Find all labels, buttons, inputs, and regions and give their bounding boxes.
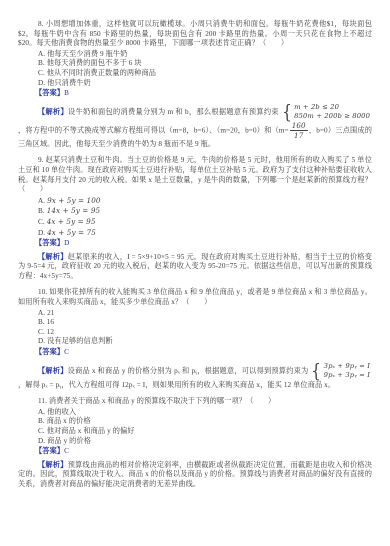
analysis-text-post: ，解得 pₓ = pᵧ，代入方程组可得 12pₓ = I，则如果用所有的收入来购… xyxy=(18,381,335,389)
question-9-answer-line: 【答案】D xyxy=(18,239,372,249)
question-11: 11. 消费者关于商品 x 和商品 y 的预算线不取决于下列的哪一项？（ ） A… xyxy=(18,397,372,489)
question-10-option-d: D. 没有足够的信息判断 xyxy=(18,337,372,347)
option-label: D. xyxy=(38,229,45,237)
answer-label: 【答案】 xyxy=(35,447,64,455)
option-equation: 4x + 5y = 95 xyxy=(47,217,96,226)
analysis-label: 【解析】 xyxy=(38,108,68,116)
question-8-stem: 8. 小周想增加体重，这样他就可以玩橄榄球。小周只消费牛奶和面包。每瓶牛奶花费他… xyxy=(18,20,372,49)
option-text: 没有足够的信息判断 xyxy=(47,337,113,345)
question-10-analysis: 【解析】设商品 x 和商品 y 的价格分别为 pₓ 和 pᵧ，根据题意，可以得到… xyxy=(18,362,372,391)
question-10: 10. 如果你花掉所有的收入能购买 3 单位商品 x 和 9 单位商品 y，或者… xyxy=(18,288,372,390)
equation-1: 3pₓ + 9pᵧ = I xyxy=(324,362,370,371)
equation-2: 850m + 200b ≥ 8000 xyxy=(294,112,370,121)
question-9-analysis: 【解析】赵某原来的收入，I = 5×9+10×5 = 95 元。现在政府对购买土… xyxy=(18,253,372,282)
analysis-text: 赵某原来的收入，I = 5×9+10×5 = 95 元。现在政府对购买土豆进行补… xyxy=(18,253,372,280)
answer-value: C xyxy=(64,447,69,455)
option-label: A. xyxy=(38,408,45,416)
fraction-numerator: 160 xyxy=(290,122,308,132)
analysis-text-pre: 设商品 x 和商品 y 的价格分别为 pₓ 和 pᵧ，根据题意，可以得到预算约束… xyxy=(68,367,309,375)
question-9-stem: 9. 赵某只消费土豆和牛肉。当土豆的价格是 9 元，牛肉的价格是 5 元时，他用… xyxy=(18,156,372,194)
option-label: B. xyxy=(38,207,45,215)
question-10-stem: 10. 如果你花掉所有的收入能购买 3 单位商品 x 和 9 单位商品 y，或者… xyxy=(18,288,372,307)
option-text: 他的收入 xyxy=(47,408,76,416)
analysis-label: 【解析】 xyxy=(38,253,68,261)
equation-system: {3pₓ + 9pᵧ = I9pₓ + 3pᵧ = I xyxy=(310,362,370,381)
option-label: B. xyxy=(38,59,45,67)
question-9-option-c: C. 4x + 5y = 95 xyxy=(18,217,372,228)
analysis-label: 【解析】 xyxy=(38,367,68,375)
option-text: 12 xyxy=(47,328,54,336)
answer-label: 【答案】 xyxy=(35,348,64,356)
option-label: C. xyxy=(38,218,45,226)
answer-value: D xyxy=(64,239,69,247)
document-page: 8. 小周想增加体重，这样他就可以玩橄榄球。小周只消费牛奶和面包。每瓶牛奶花费他… xyxy=(0,0,390,546)
answer-value: C xyxy=(64,348,69,356)
option-text: 他从不同时消费正数量的两种商品 xyxy=(47,69,156,77)
answer-label: 【答案】 xyxy=(35,239,64,247)
option-text: 商品 x 的价格 xyxy=(47,417,91,425)
option-text: 他对商品 x 和商品 y 的偏好 xyxy=(47,427,135,435)
analysis-text-mid: ，将方程中的不等式换成等式解方程组可得以（m=8，b=6）、（m=20，b=0）… xyxy=(18,126,289,134)
question-11-analysis: 【解析】预算线由商品的相对价格决定斜率，由横截距或者纵截距决定位置，而截距是由收… xyxy=(18,461,372,490)
equation-2: 9pₓ + 3pᵧ = I xyxy=(324,371,370,380)
question-11-answer-line: 【答案】C xyxy=(18,447,372,457)
option-label: A. xyxy=(38,50,45,58)
option-label: D. xyxy=(38,337,45,345)
option-text: 商品 y 的价格 xyxy=(47,437,91,445)
question-8-option-b: B. 他每天消费的面包不多于 6 块 xyxy=(18,59,372,69)
option-label: D. xyxy=(38,79,45,87)
equation-1: m + 2b ≤ 20 xyxy=(294,103,370,112)
question-9: 9. 赵某只消费土豆和牛肉。当土豆的价格是 9 元，牛肉的价格是 5 元时，他用… xyxy=(18,156,372,281)
question-11-stem: 11. 消费者关于商品 x 和商品 y 的预算线不取决于下列的哪一项？（ ） xyxy=(18,397,372,407)
analysis-label: 【解析】 xyxy=(38,461,68,469)
question-8: 8. 小周想增加体重，这样他就可以玩橄榄球。小周只消费牛奶和面包。每瓶牛奶花费他… xyxy=(18,20,372,149)
answer-value: B xyxy=(64,89,69,97)
left-brace-symbol: { xyxy=(282,103,292,122)
question-10-answer-line: 【答案】C xyxy=(18,348,372,358)
question-8-analysis: 【解析】设牛奶和面包的消费量分别为 m 和 b，那么根据题意有预算约束{m + … xyxy=(18,103,372,150)
option-label: C. xyxy=(38,328,45,336)
question-8-option-a: A. 他每天至少消费 9 瓶牛奶 xyxy=(18,50,372,60)
option-label: B. xyxy=(38,417,45,425)
fraction-denominator: 17 xyxy=(290,131,308,140)
question-9-option-d: D. 4x + 5y = 75 xyxy=(18,228,372,239)
option-label: C. xyxy=(38,427,45,435)
option-label: A. xyxy=(38,309,45,317)
question-10-option-c: C. 12 xyxy=(18,328,372,338)
system-equations: m + 2b ≤ 20850m + 200b ≥ 8000 xyxy=(294,103,370,121)
question-11-option-a: A. 他的收入 xyxy=(18,408,372,418)
equation-system: {m + 2b ≤ 20850m + 200b ≥ 8000 xyxy=(281,103,370,122)
question-8-option-d: D. 他只消费牛奶 xyxy=(18,79,372,89)
option-text: 他只消费牛奶 xyxy=(47,79,91,87)
option-label: A. xyxy=(38,197,45,205)
option-text: 21 xyxy=(47,309,54,317)
system-equations: 3pₓ + 9pᵧ = I9pₓ + 3pᵧ = I xyxy=(324,362,370,380)
question-11-option-b: B. 商品 x 的价格 xyxy=(18,417,372,427)
question-10-option-a: A. 21 xyxy=(18,309,372,319)
option-equation: 4x + 5y = 75 xyxy=(47,228,96,237)
analysis-text: 预算线由商品的相对价格决定斜率，由横截距或者纵截距决定位置，而截距是由收入和价格… xyxy=(18,461,372,488)
analysis-text-pre: 设牛奶和面包的消费量分别为 m 和 b，那么根据题意有预算约束 xyxy=(68,108,279,116)
left-brace-symbol: { xyxy=(312,362,322,381)
question-9-option-b: B. 14x + 5y = 95 xyxy=(18,206,372,217)
question-8-answer-line: 【答案】B xyxy=(18,89,372,99)
question-11-option-d: D. 商品 y 的价格 xyxy=(18,437,372,447)
option-label: D. xyxy=(38,437,45,445)
option-text: 他每天至少消费 9 瓶牛奶 xyxy=(47,50,127,58)
question-8-option-c: C. 他从不同时消费正数量的两种商品 xyxy=(18,69,372,79)
option-text: 他每天消费的面包不多于 6 块 xyxy=(47,59,142,67)
question-11-option-c: C. 他对商品 x 和商品 y 的偏好 xyxy=(18,427,372,437)
option-equation: 9x + 5y = 100 xyxy=(47,196,100,205)
question-9-option-a: A. 9x + 5y = 100 xyxy=(18,196,372,207)
option-label: B. xyxy=(38,318,45,326)
question-10-option-b: B. 16 xyxy=(18,318,372,328)
fraction: 16017 xyxy=(290,122,308,140)
option-equation: 14x + 5y = 95 xyxy=(47,206,100,215)
option-text: 16 xyxy=(47,318,54,326)
answer-label: 【答案】 xyxy=(35,89,64,97)
option-label: C. xyxy=(38,69,45,77)
